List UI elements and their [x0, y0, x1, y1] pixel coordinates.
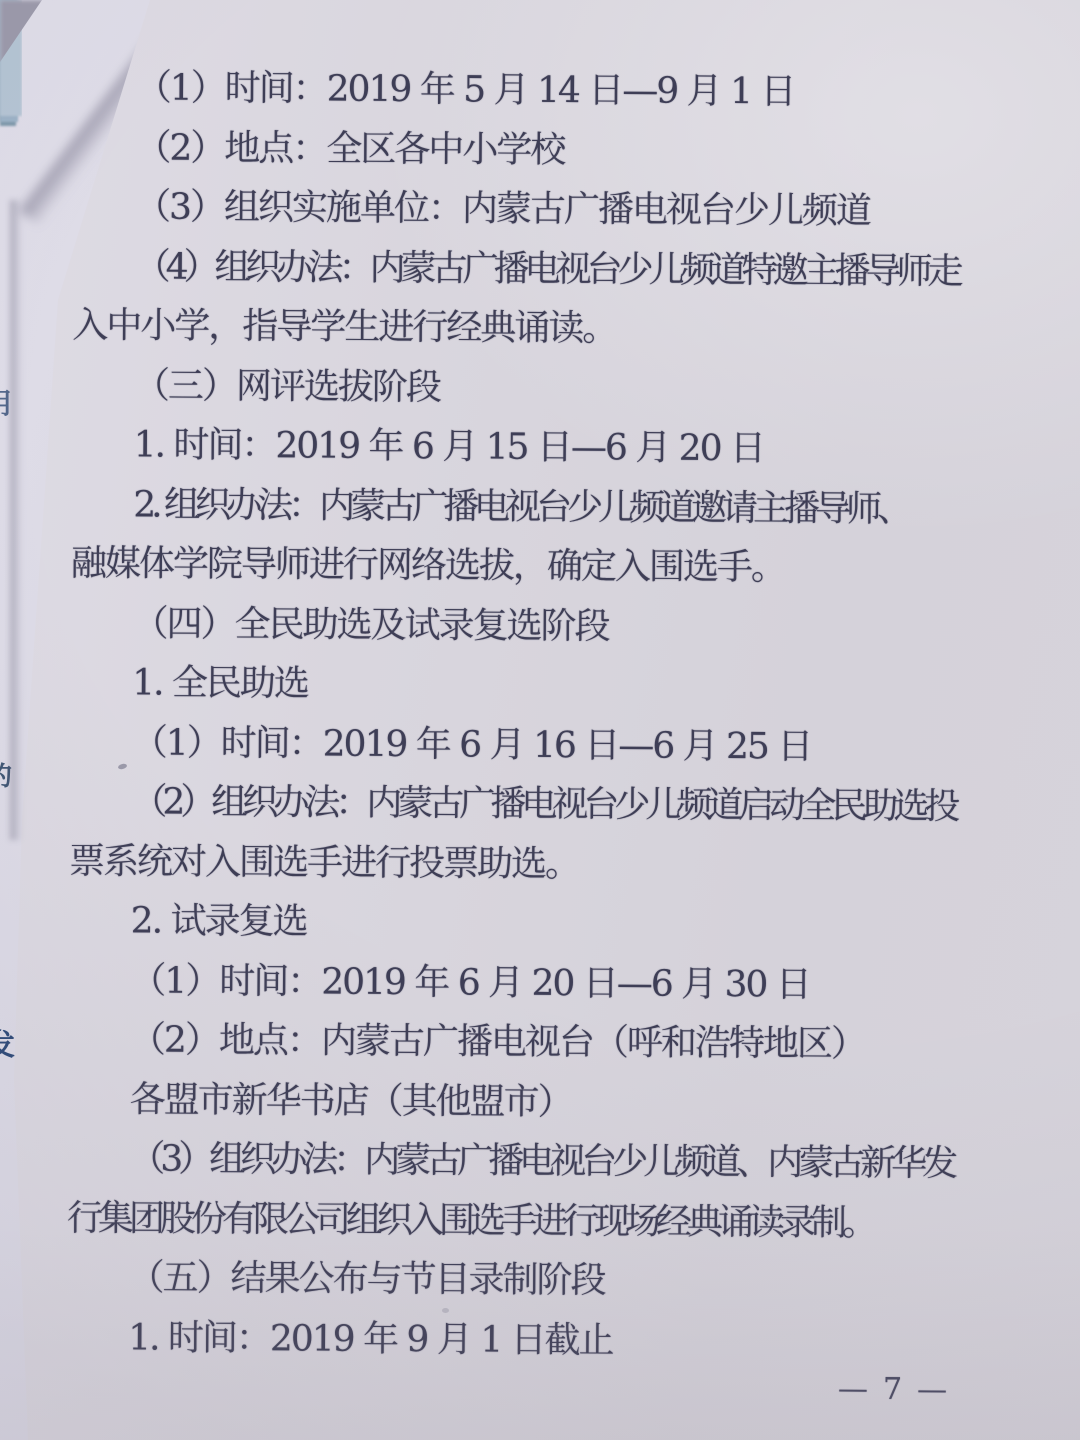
text-line: （2）组织办法：内蒙古广播电视台少儿频道启动全民助选投	[69, 772, 1009, 837]
text-line: 票系统对入围选手进行投票助选。	[69, 831, 1009, 896]
page-number-dash: —	[838, 1372, 868, 1407]
text-line: （1）时间：2019 年 6 月 16 日—6 月 25 日	[70, 712, 1010, 777]
text-line: （2）地点：全区各中小学校	[73, 117, 1013, 182]
document-photo: 用 的 发 （1）时间：2019 年 5 月 14 日—9 月 1 日 （2）地…	[0, 0, 1080, 1440]
text-line: （三）网评选拔阶段	[72, 355, 1012, 420]
text-line: （1）时间：2019 年 5 月 14 日—9 月 1 日	[74, 58, 1014, 123]
text-line: （4）组织办法：内蒙古广播电视台少儿频道特邀主播导师走	[73, 236, 1013, 301]
text-line: （3）组织办法：内蒙古广播电视台少儿频道、内蒙古新华发	[67, 1129, 1007, 1194]
text-line: （五）结果公布与节目录制阶段	[66, 1248, 1006, 1313]
page-left-edge-shadow	[10, 200, 22, 840]
text-line: 融媒体学院导师进行网络选拔，确定入围选手。	[71, 534, 1011, 599]
text-line: 各盟市新华书店（其他盟市）	[67, 1069, 1007, 1134]
text-line: 行集团股份有限公司组织入围选手进行现场经典诵读录制。	[67, 1188, 1007, 1253]
clipped-character-fragment: 发	[0, 1020, 15, 1064]
page-number-value: 7	[883, 1372, 902, 1407]
text-line: （四）全民助选及试录复选阶段	[70, 593, 1010, 658]
ink-smudge	[442, 1308, 449, 1313]
text-line: 1. 全民助选	[70, 653, 1010, 718]
document-body: （1）时间：2019 年 5 月 14 日—9 月 1 日 （2）地点：全区各中…	[66, 58, 1014, 1373]
text-line: 1. 时间：2019 年 6 月 15 日—6 月 20 日	[71, 415, 1011, 480]
text-line: 1. 时间：2019 年 9 月 1 日截止	[66, 1307, 1006, 1372]
page-number: — 7 —	[838, 1372, 947, 1408]
text-line: 入中小学，指导学生进行经典诵读。	[72, 296, 1012, 361]
text-line: （2）地点：内蒙古广播电视台（呼和浩特地区）	[68, 1010, 1008, 1075]
text-line: 2. 试录复选	[69, 891, 1009, 956]
text-line: （3）组织实施单位：内蒙古广播电视台少儿频道	[73, 177, 1013, 242]
text-line: （1）时间：2019 年 6 月 20 日—6 月 30 日	[68, 950, 1008, 1015]
page-number-dash: —	[917, 1372, 947, 1407]
text-line: 2. 组织办法：内蒙古广播电视台少儿频道邀请主播导师、	[71, 474, 1011, 539]
